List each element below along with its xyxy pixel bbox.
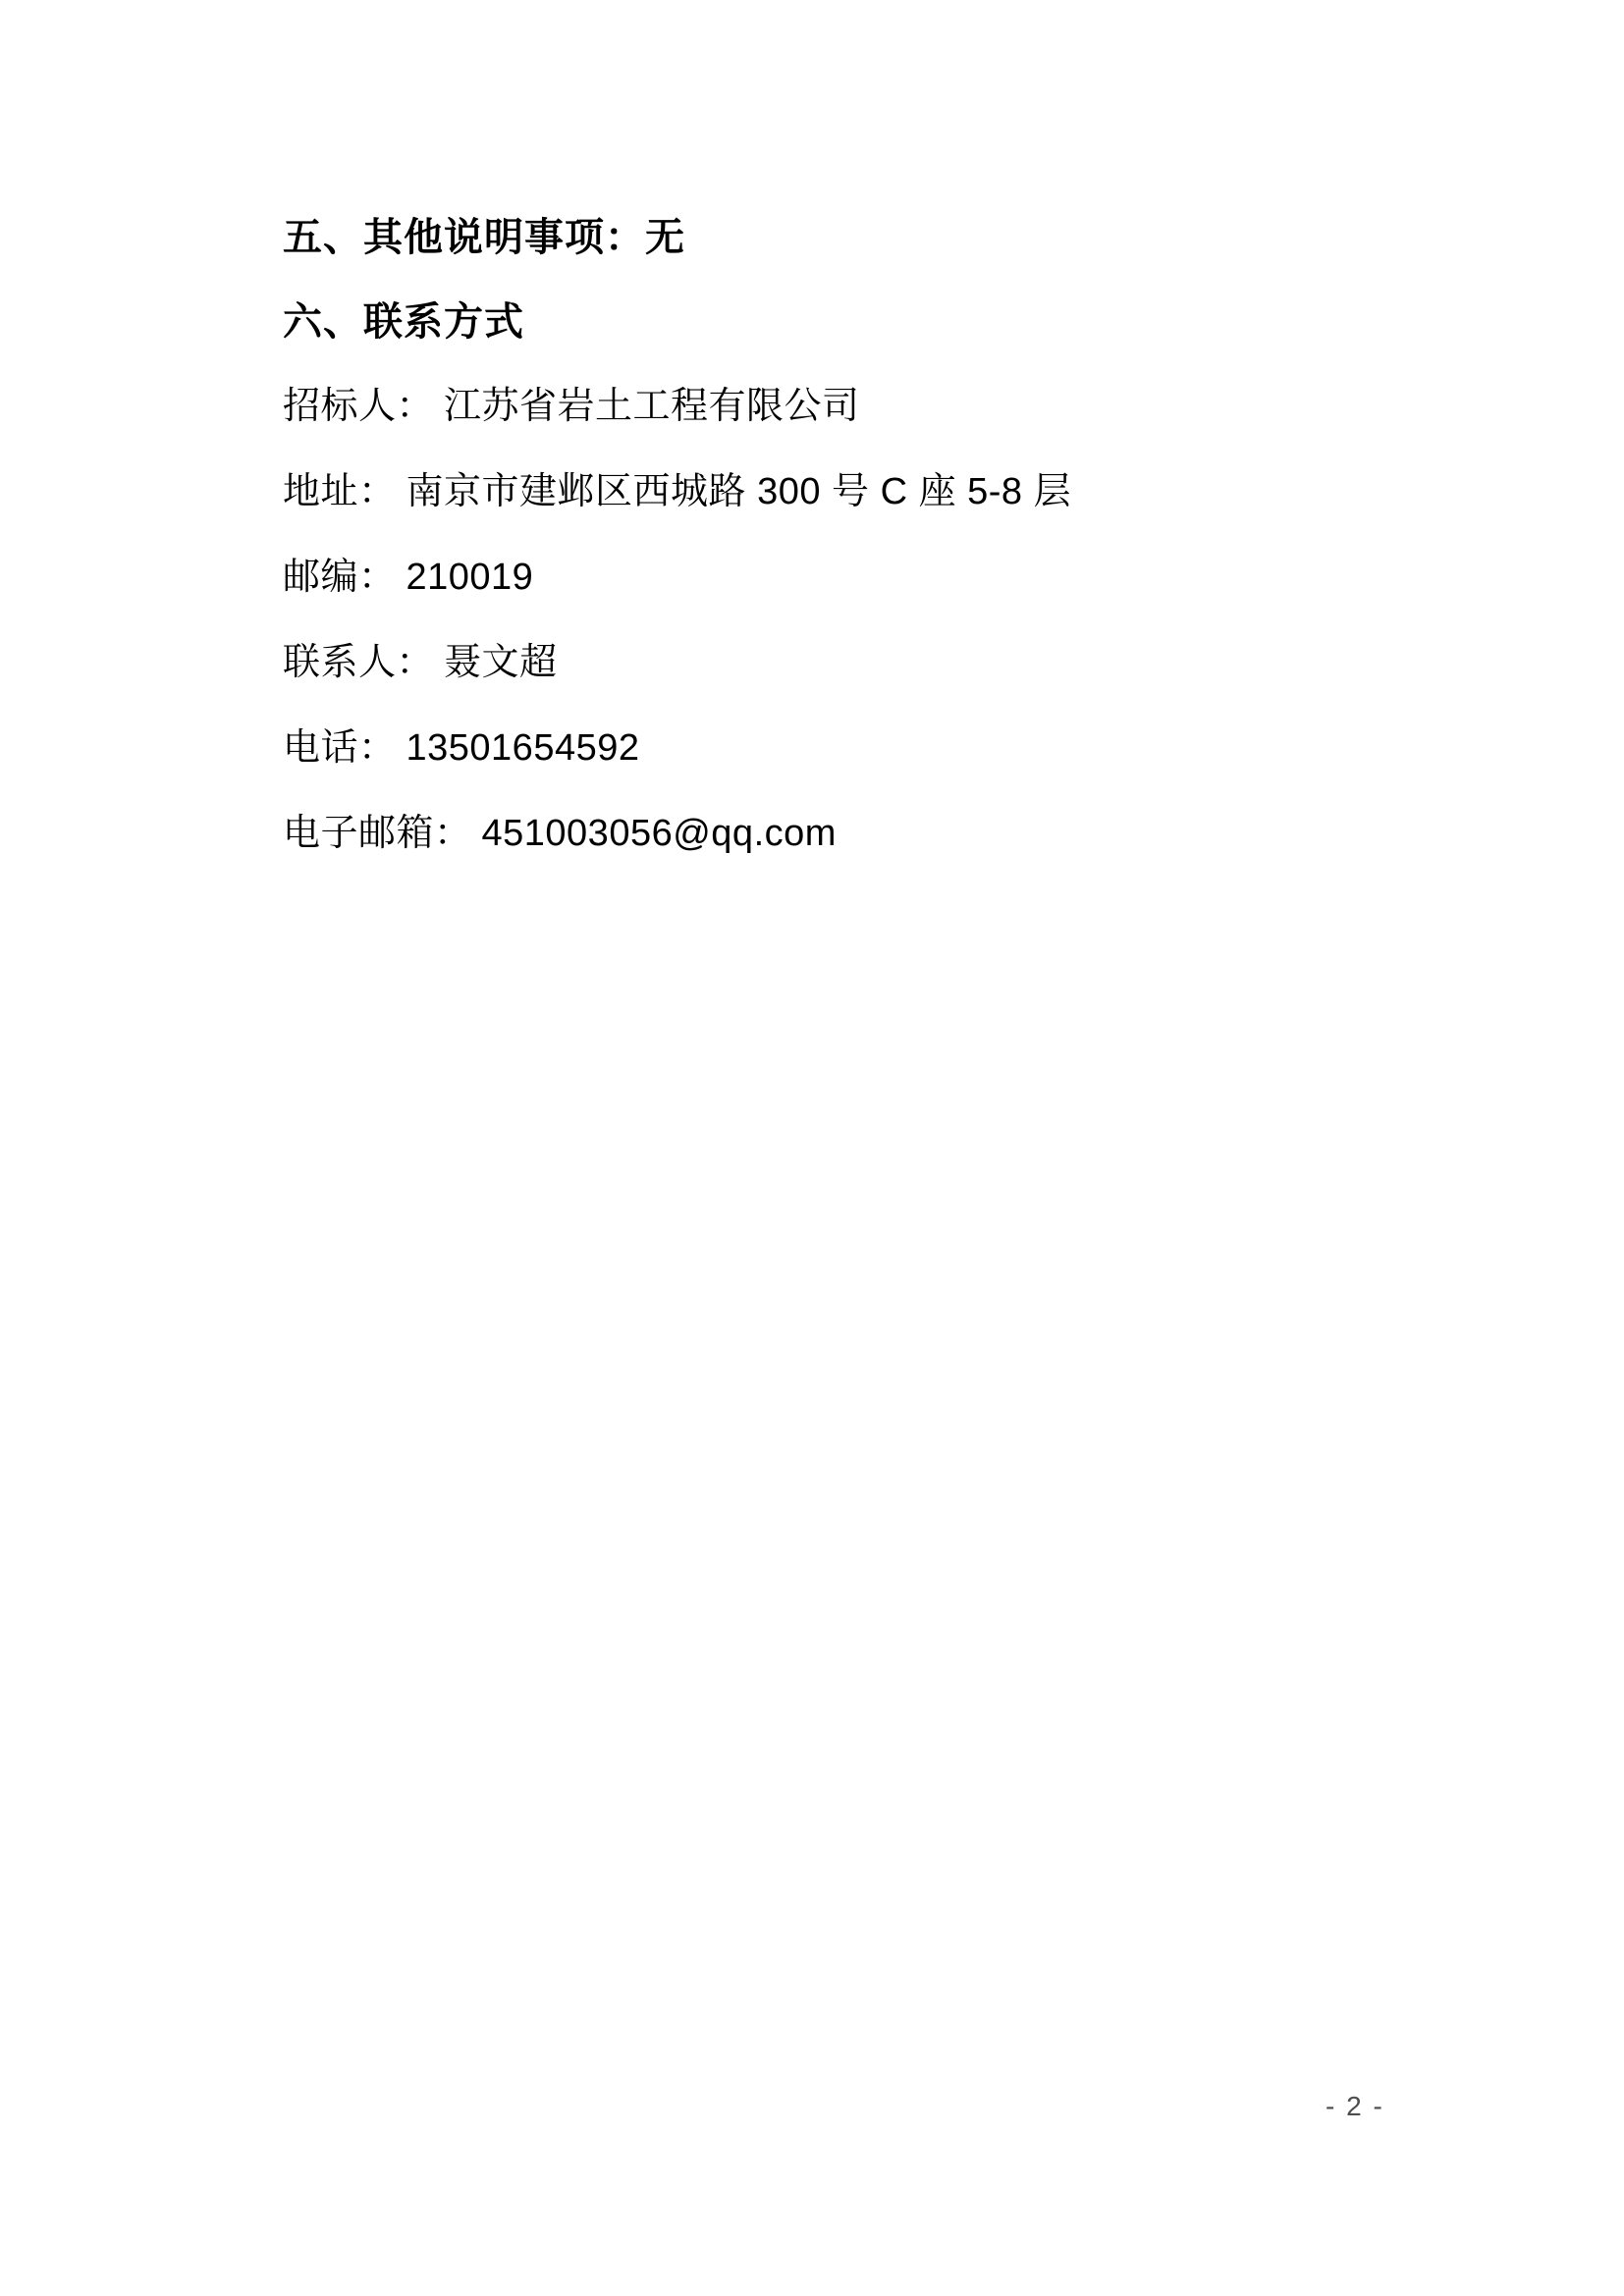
phone-value: 13501654592 [406,727,640,769]
tenderer-value: 江苏省岩土工程有限公司 [444,386,860,427]
document-body: 五、其他说明事项：无 六、联系方式 招标人：江苏省岩土工程有限公司 地址：南京市… [283,214,1363,895]
postcode-line: 邮编：210019 [283,554,1363,601]
contact-person-line: 联系人：聂文超 [283,639,1363,686]
email-value: 451003056@qq.com [482,813,837,854]
address-label: 地址： [283,471,397,512]
tenderer-label: 招标人： [283,386,434,427]
email-label: 电子邮箱： [283,813,472,854]
phone-line: 电话：13501654592 [283,724,1363,772]
phone-label: 电话： [283,727,397,769]
address-value: 南京市建邺区西城路 300 号 C 座 5-8 层 [406,471,1072,512]
section-heading-contact: 六、联系方式 [283,298,1363,346]
contact-person-label: 联系人： [283,642,434,683]
page-number: - 2 - [1326,2091,1384,2122]
document-page: 五、其他说明事项：无 六、联系方式 招标人：江苏省岩土工程有限公司 地址：南京市… [0,0,1624,2296]
postcode-value: 210019 [406,557,534,598]
tenderer-line: 招标人：江苏省岩土工程有限公司 [283,383,1363,430]
postcode-label: 邮编： [283,557,397,598]
address-line: 地址：南京市建邺区西城路 300 号 C 座 5-8 层 [283,468,1363,515]
contact-person-value: 聂文超 [444,642,558,683]
email-line: 电子邮箱：451003056@qq.com [283,810,1363,857]
section-heading-other-notes: 五、其他说明事项：无 [283,214,1363,261]
